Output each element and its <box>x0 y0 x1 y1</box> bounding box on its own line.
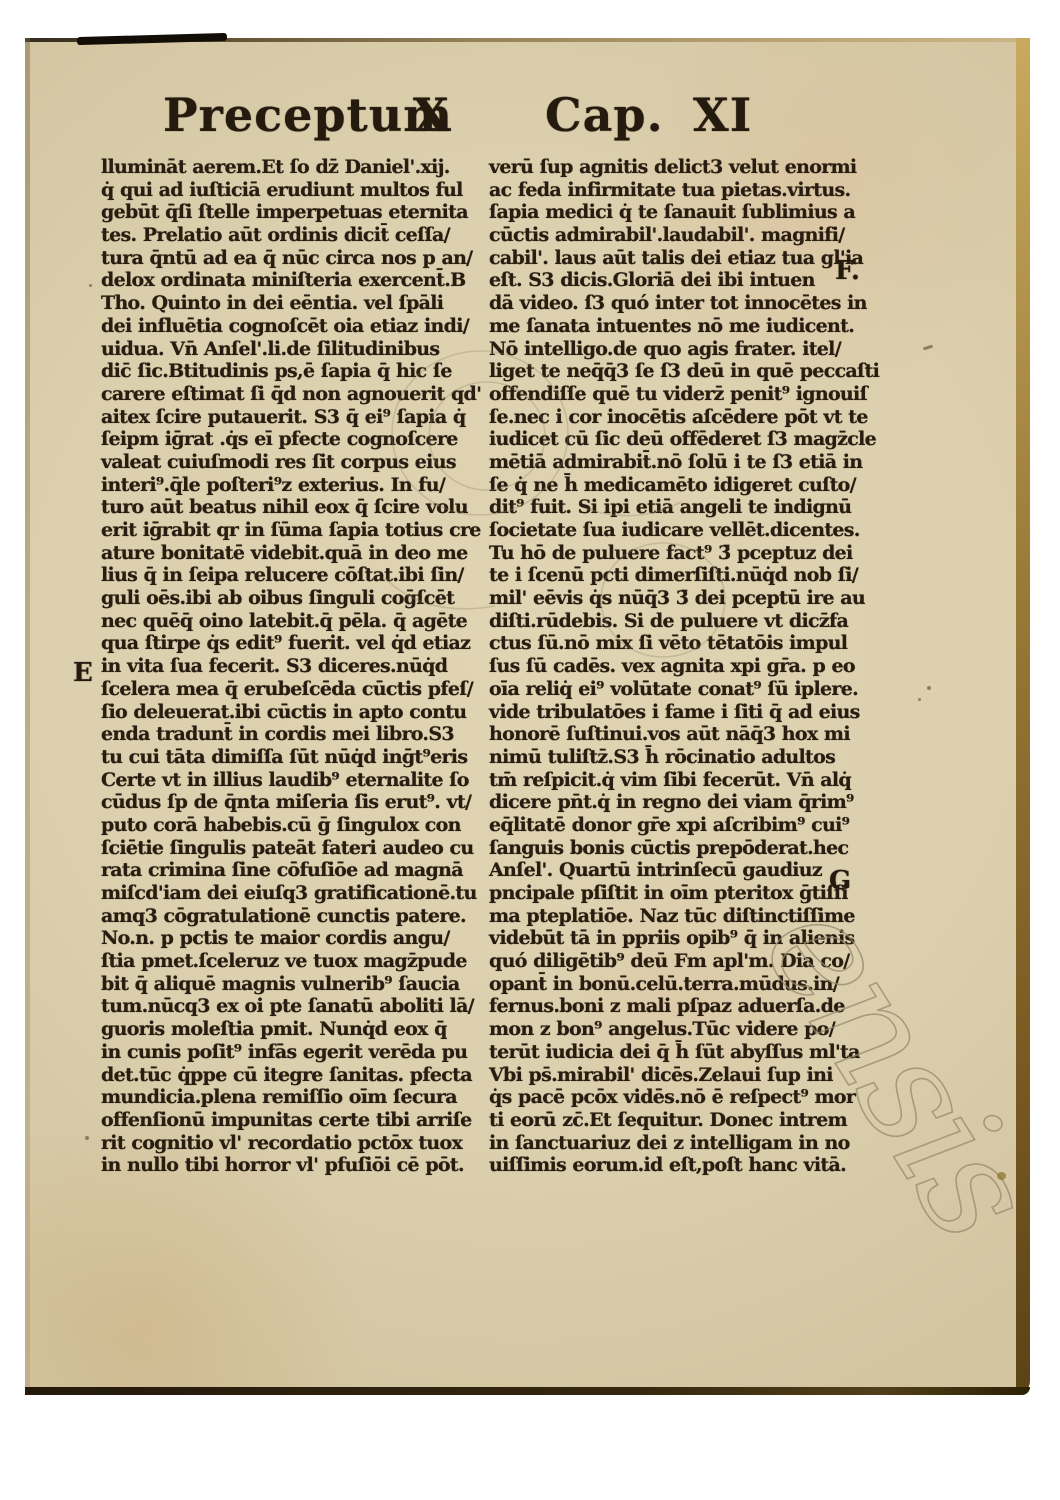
page-right-edge <box>1016 38 1030 1395</box>
text-line: Certe vt in illius laudib⁹ eternalite ſo <box>101 769 499 792</box>
text-line: te i ſcenū pcti dimerſiſti.nūq̇d nob ſi/ <box>489 564 887 587</box>
text-line: ma pteplatiōe. Naz tūc diſtinctiſſime <box>489 905 887 928</box>
header-chapter-numeral: XI <box>693 88 752 142</box>
book-page: Preceptum X Cap. XI llumināt aerem.Et ſo… <box>25 38 1030 1395</box>
text-line: bit q̄ aliquē magnis vulnerib⁹ ſaucia <box>101 973 499 996</box>
running-header: Preceptum X Cap. XI <box>25 88 1030 158</box>
text-line: guoris moleſtia pmit. Nunq̇d eox q̄ <box>101 1018 499 1041</box>
text-line: delox ordinata miniſteria exercent̄.B <box>101 269 499 292</box>
text-line: vide tribulatōes i fame i ſiti q̄ ad eiu… <box>489 701 887 724</box>
text-line: amq3 cōgratulationē cunctis patere. <box>101 905 499 928</box>
text-line: mil' eēvis q̇s nūq̄3 3̄ dei pceptū ire a… <box>489 587 887 610</box>
text-line: diſti.rūdebis. Si de puluere vt dicz̄fa <box>489 610 887 633</box>
scan-canvas: Preceptum X Cap. XI llumināt aerem.Et ſo… <box>0 0 1060 1500</box>
text-line: dā video. ſ3 quó inter tot innocētes in <box>489 292 887 315</box>
text-line: mon z bon⁹ angelus.Tūc videre po/ <box>489 1018 887 1041</box>
text-line: dei influētia cognoſcēt oia etiaz indi/ <box>101 315 499 338</box>
text-line: uidua. Vn̄ Anſel'.li.de ſilitudinibus <box>101 338 499 361</box>
text-line: gebūt q̄ſi ſtelle imperpetuas eternita <box>101 201 499 224</box>
text-line: qua ſtirpe q̇s edit⁹ fuerit. vel q̇d eti… <box>101 632 499 655</box>
text-line: ſtia pmet.ſceleruz ve tuox magz̄pude <box>101 950 499 973</box>
text-line: ſe.nec i cor inocētis aſcēdere pōt vt te <box>489 406 887 429</box>
text-line: terūt iudicia dei q̄ h̄ ſūt abyſſus ml't… <box>489 1041 887 1064</box>
text-line: ature bonitatē videbit.quā in deo me <box>101 542 499 565</box>
text-line: in ſanctuariuz dei z intelligam in no <box>489 1132 887 1155</box>
stain-dot <box>997 1172 1006 1180</box>
text-line: eq̄litatē donor gr̄e xpi aſcribim⁹ cui⁹ <box>489 814 887 837</box>
marginal-letter-g: G <box>829 866 851 896</box>
text-line: guli oēs.ibi ab oibus ſinguli coḡſcēt <box>101 587 499 610</box>
ink-speck <box>85 1136 89 1140</box>
text-line: enda tradunt̄ in cordis mei libro.S3 <box>101 723 499 746</box>
text-line: dit⁹ fuit. Si ipi etiā angeli te indignū <box>489 496 887 519</box>
text-line: No.n. p pctis te maior cordis angu/ <box>101 927 499 950</box>
text-line: in vita ſua fecerit. S3 diceres.nūq̇d <box>101 655 499 678</box>
text-line: det.tūc q̇ppe cū itegre ſanitas. pfecta <box>101 1064 499 1087</box>
text-line: nimū tuliſtz̄.S3 h̄ rōcinatio adultos <box>489 746 887 769</box>
ink-speck <box>89 284 92 287</box>
marginal-letter-e: E <box>73 658 93 688</box>
text-line: ctus ſū.nō mix ſi vēto tētatōis impul <box>489 632 887 655</box>
text-line: cabil'. laus aūt talis dei etiaz tua gl'… <box>489 247 887 270</box>
text-line: ſeipm iḡrat .q̇s eī pfecte cognoſcere <box>101 428 499 451</box>
text-line: rata crimina ſine cōfuſiōe ad magnā <box>101 859 499 882</box>
text-line: tes. Prelatio aūt ordinis dicit̄ ceſſa/ <box>101 224 499 247</box>
text-line: ſciētie ſingulis pateāt fateri audeo cu <box>101 837 499 860</box>
text-line: dic̄ ſic.Btitudinis ps,ē ſapia q̄ hic ſe <box>101 360 499 383</box>
text-line: llumināt aerem.Et ſo dz̄ Daniel'.xij. <box>101 156 499 179</box>
text-line: nec quēq̄ oino latebit.q̄ pēla. q̄ agēte <box>101 610 499 633</box>
text-line: lius q̄ in ſeipa relucere cōſtat.ibi ſin… <box>101 564 499 587</box>
text-line: erit iḡrabit qr in ſūma ſapia totius cre <box>101 519 499 542</box>
text-line: ſcelera mea q̄ erubeſcēda cūctis pfeſ/ <box>101 678 499 701</box>
text-line: ti eorū zc̄.Et ſequitur. Donec intrem <box>489 1109 887 1132</box>
text-line: ſio deleuerat.ibi cūctis in apto contu <box>101 701 499 724</box>
text-line: in cunis poſit⁹ infās egerit verēda pu <box>101 1041 499 1064</box>
text-line: ſocietate ſua iudicare vellēt.dicentes. <box>489 519 887 542</box>
text-line: in nullo tibi horror vl' pfuſiōi cē pōt. <box>101 1154 499 1177</box>
text-line: ac feda infirmitate tua pietas.virtus. <box>489 179 887 202</box>
text-line: ſus ſū cadēs. vex agnita xpi gr̄a. p eo <box>489 655 887 678</box>
text-line: eſt. S3 dicis.Gloriā dei ibi intuen <box>489 269 887 292</box>
text-line: q̇s pacē pcōx vidēs.nō ē reſpect⁹ mor <box>489 1086 887 1109</box>
header-chapter-label: Cap. <box>545 88 664 142</box>
left-text-column: llumināt aerem.Et ſo dz̄ Daniel'.xij.q̇ … <box>101 156 499 1177</box>
text-line: ſanguis bonis cūctis prepōderat.hec <box>489 837 887 860</box>
text-line: oīa reliq̇ ei⁹ volūtate conat⁹ ſū iplere… <box>489 678 887 701</box>
text-line: cūctis admirabil'.laudabil'. magnifi/ <box>489 224 887 247</box>
text-line: quó diligētib⁹ deū Fm apl'm. Dia co/ <box>489 950 887 973</box>
text-line: Nō intelligo.de quo agis frater. itel/ <box>489 338 887 361</box>
text-line: liget te neq̄q̄3 ſe ſ3 deū in quē peccaſ… <box>489 360 887 383</box>
text-line: dicere pn̄t.q̇ in regno dei viam q̄rim⁹ <box>489 791 887 814</box>
binding-shadow <box>77 33 227 45</box>
text-line: offendiſſe quē tu viderz̄ penit⁹ ignouiſ <box>489 383 887 406</box>
text-line: tu cui tāta dimiſſa ſūt nūq̇d inḡt⁹eris <box>101 746 499 769</box>
text-line: cūdus ſp de q̄nta miſeria ſis erut⁹. vt/ <box>101 791 499 814</box>
page-bottom-edge <box>25 1387 1030 1395</box>
text-line: puto corā habebis.cū ḡ ſingulox con <box>101 814 499 837</box>
text-line: videbūt tā in ppriis opib⁹ q̄ in alienis <box>489 927 887 950</box>
text-line: tm̄ reſpicit.q̇ vim ſibi fecerūt. Vn̄ al… <box>489 769 887 792</box>
ink-speck <box>927 686 931 690</box>
text-line: uiſſimis eorum.id eſt,poſt hanc vitā. <box>489 1154 887 1177</box>
text-line: honorē ſuſtinui.vos aūt nāq̄3 hox mi <box>489 723 887 746</box>
header-preceptum-numeral: X <box>413 88 450 142</box>
text-line: iudicet cū ſic deū offēderet ſ3 magz̄cle <box>489 428 887 451</box>
text-line: miſcd'iam dei eiuſq3 gratificationē.tu <box>101 882 499 905</box>
marginal-letter-f: F. <box>835 256 860 286</box>
text-line: interi⁹.q̄le poſteri⁹z exterius. In fu/ <box>101 474 499 497</box>
text-line: carere eſtimat ſi q̄d non agnouerit qd' <box>101 383 499 406</box>
ink-speck <box>923 345 933 351</box>
page-left-edge <box>25 38 30 1395</box>
text-line: fernus.boni z mali pſpaz aduerſa.de <box>489 995 887 1018</box>
text-line: valeat cuiuſmodi res ſit corpus eius <box>101 451 499 474</box>
text-line: turo aūt beatus nihil eox q̄ ſcire volu <box>101 496 499 519</box>
text-line: ſe q̇ ne h̄ medicamēto idigeret cuſto/ <box>489 474 887 497</box>
text-line: Vbi ps̄.mirabil' dicēs.Zelaui ſup ini <box>489 1064 887 1087</box>
text-line: Tho. Quinto in dei eēntia. vel ſpāli <box>101 292 499 315</box>
text-line: pncipale pſiſtit in oīm pteritox ḡtiſſi <box>489 882 887 905</box>
text-line: verū ſup agnitis delict3 velut enormi <box>489 156 887 179</box>
text-line: opant̄ in bonū.celū.terra.mūdus.in/ <box>489 973 887 996</box>
text-line: tura q̄ntū ad ea q̄ nūc circa nos p an/ <box>101 247 499 270</box>
header-preceptum-label: Preceptum <box>163 88 453 142</box>
text-line: q̇ qui ad iuſticiā erudiunt multos ful <box>101 179 499 202</box>
text-line: mētiā admirabit̄.nō ſolū i te ſ3 etiā in <box>489 451 887 474</box>
text-line: me ſanata intuentes nō me iudicent. <box>489 315 887 338</box>
ink-speck <box>918 698 921 701</box>
right-text-column: verū ſup agnitis delict3 velut enormiac … <box>489 156 887 1177</box>
text-line: Anſel'. Quartū intrinſecū gaudiuz <box>489 859 887 882</box>
text-line: aitex ſcire putauerit. S3 q̄ ei⁹ ſapia q… <box>101 406 499 429</box>
text-line: Tu hō de puluere fact⁹ 3̄ pceptuz dei <box>489 542 887 565</box>
text-line: offenſionū impunitas certe tibi arriſe <box>101 1109 499 1132</box>
text-line: tum.nūcq3 ex oi pte ſanatū aboliti lā/ <box>101 995 499 1018</box>
text-line: rit cognitio vl' recordatio pctōx tuox <box>101 1132 499 1155</box>
text-line: ſapia medici q̇ te ſanauit ſublimius a <box>489 201 887 224</box>
text-line: mundicia.plena remiſſio oīm ſecura <box>101 1086 499 1109</box>
